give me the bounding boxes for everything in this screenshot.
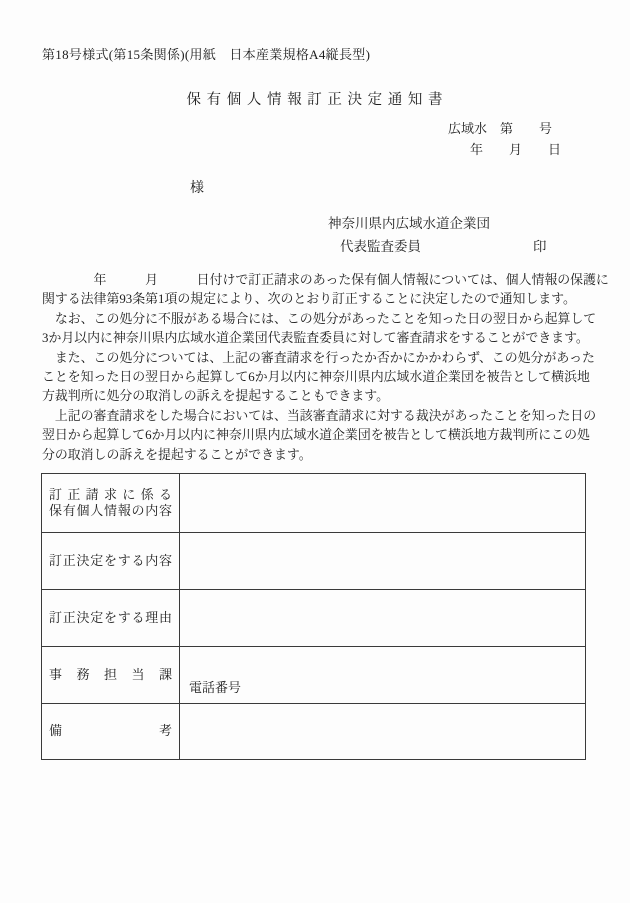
- body-line: なお、この処分に不服がある場合には、この処分があったことを知った日の翌日から起算…: [42, 310, 594, 329]
- row-label-line: 訂正決定をする内容: [49, 553, 172, 570]
- seal-mark: 印: [533, 235, 547, 255]
- row-label-correction-reason: 訂正決定をする理由: [42, 590, 180, 646]
- row-label-requested-info: 訂正請求に係る 保有個人情報の内容: [42, 474, 180, 532]
- form-number-line: 第18号様式(第15条関係)(用紙 日本産業規格A4縦長型): [42, 44, 370, 63]
- body-line: 上記の審査請求をした場合においては、当該審査請求に対する裁決があったことを知った…: [42, 407, 594, 426]
- row-label-correction-content: 訂正決定をする内容: [42, 533, 180, 589]
- body-line: 3か月以内に神奈川県内広域水道企業団代表監査委員に対して審査請求をすることができ…: [42, 329, 594, 348]
- document-title: 保 有 個 人 情 報 訂 正 決 定 通 知 書: [0, 88, 630, 109]
- body-line: 翌日から起算して6か月以内に神奈川県内広域水道企業団を被告として横浜地方裁判所に…: [42, 426, 594, 445]
- row-value-correction-content: [180, 533, 585, 589]
- issuer-title: 代表監査委員: [340, 235, 421, 255]
- correction-decision-table: 訂正請求に係る 保有個人情報の内容 訂正決定をする内容 訂正決定をする理由 事務…: [41, 473, 586, 760]
- table-row: 備考: [42, 703, 585, 759]
- table-row: 訂正請求に係る 保有個人情報の内容: [42, 474, 585, 532]
- reference-number-line: 広域水 第 号: [448, 118, 552, 137]
- body-line: 方裁判所に処分の取消しの訴えを提起することもできます。: [42, 387, 594, 406]
- addressee-honorific: 様: [190, 177, 204, 197]
- row-value-requested-info: [180, 474, 585, 532]
- issuer-organization: 神奈川県内広域水道企業団: [328, 212, 490, 232]
- notice-document-page: 第18号様式(第15条関係)(用紙 日本産業規格A4縦長型) 保 有 個 人 情…: [0, 0, 630, 903]
- row-value-correction-reason: [180, 590, 585, 646]
- body-line: 分の取消しの訴えを提起することができます。: [42, 446, 594, 465]
- table-row: 訂正決定をする内容: [42, 532, 585, 589]
- body-line: 年 月 日付けで訂正請求のあった保有個人情報については、個人情報の保護に: [42, 271, 594, 290]
- issue-date-line: 年 月 日: [470, 139, 561, 158]
- table-row: 事務担当課 電話番号: [42, 646, 585, 703]
- row-label-remarks: 備考: [42, 704, 180, 759]
- row-label-office-in-charge: 事務担当課: [42, 647, 180, 703]
- row-label-line: 訂正決定をする理由: [49, 610, 172, 627]
- row-value-office-in-charge: 電話番号: [180, 647, 585, 703]
- phone-number-label: 電話番号: [180, 677, 585, 703]
- row-label-line: 保有個人情報の内容: [49, 503, 172, 520]
- body-paragraph: 年 月 日付けで訂正請求のあった保有個人情報については、個人情報の保護に 関する…: [42, 271, 594, 465]
- table-row: 訂正決定をする理由: [42, 589, 585, 646]
- body-line: ことを知った日の翌日から起算して6か月以内に神奈川県内広域水道企業団を被告として…: [42, 368, 594, 387]
- row-value-remarks: [180, 704, 585, 759]
- row-label-line: 訂正請求に係る: [49, 487, 172, 504]
- row-label-line: 事務担当課: [49, 667, 172, 684]
- row-label-line: 備考: [49, 723, 172, 740]
- body-line: 関する法律第93条第1項の規定により、次のとおり訂正することに決定したので通知し…: [42, 290, 594, 309]
- body-line: また、この処分については、上記の審査請求を行ったか否かにかかわらず、この処分があ…: [42, 349, 594, 368]
